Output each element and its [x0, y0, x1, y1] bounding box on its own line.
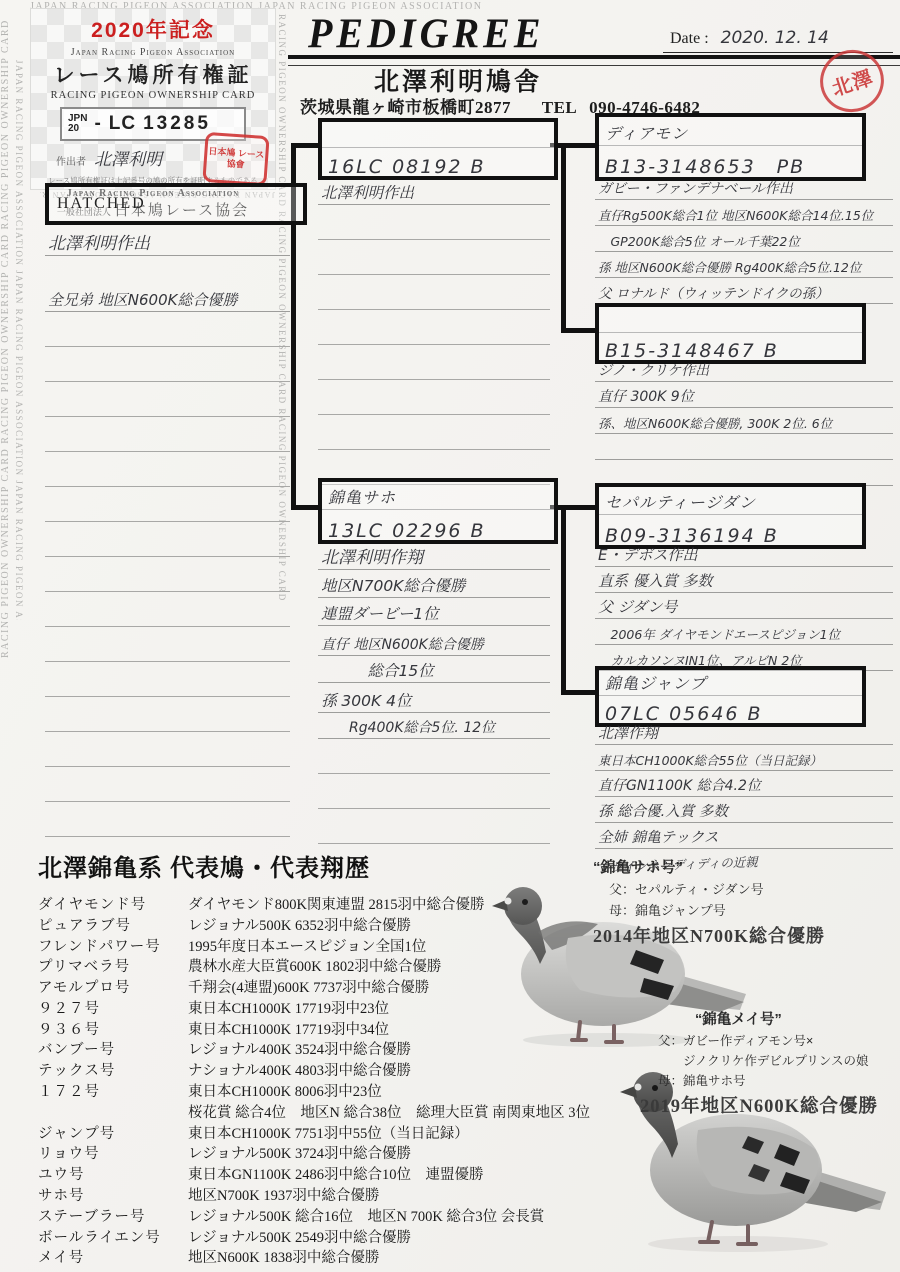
note-text: 2006年 ダイヤモンドエースピジョン1位: [598, 625, 840, 643]
pigeon-name: メイ号: [38, 1246, 188, 1267]
granddam-name-row: [599, 307, 862, 333]
pigeon-name: フレンドパワー号: [38, 935, 188, 956]
pigeon-result: 千翔会(4連盟)600K 7737羽中総合優勝: [188, 976, 429, 997]
note-line: 孫、地区N600K総合優勝, 300K 2位. 6位: [595, 408, 893, 434]
photo2-caption: “錦亀メイ号” 父：ガビー作ディアモン号× ジノクリケ作デビルプリンスの娘 母：…: [640, 1008, 898, 1118]
pedigree-connector: [561, 143, 566, 333]
pigeon-result: 地区N700K 1937羽中総合優勝: [188, 1184, 379, 1205]
note-line: 直仔GN1100K 総合4.2位: [595, 771, 893, 797]
note-text: 全姉 錦亀テックス: [598, 826, 718, 847]
breeder-label: 作出者: [56, 153, 86, 168]
note-text: 連盟ダービー1位: [321, 602, 439, 624]
note-text: 総合15位: [321, 659, 434, 681]
dam-name-row: 錦亀サホ: [322, 482, 554, 510]
note-line: 全兄弟 地区N600K総合優勝: [45, 256, 290, 312]
note-line: [595, 434, 893, 460]
pigeon-result: 東日本GN1100K 2486羽中総合10位 連盟優勝: [188, 1163, 484, 1184]
achievement-row: バンブー号レジョナル400K 3524羽中総合優勝: [38, 1039, 658, 1060]
pigeon-result: レジョナル500K 2549羽中総合優勝: [188, 1226, 411, 1247]
photo2-dam-line: 母：錦亀サホ号: [658, 1071, 898, 1089]
note-line: 東日本CH1000K総合55位（当日記録）: [595, 745, 893, 771]
note-text: 孫 地区N600K総合優勝 Rg400K総合5位.12位: [598, 258, 861, 276]
note-line: 北澤利明作翔: [318, 536, 550, 570]
mgs-name-row: セパルティージダン: [599, 487, 862, 515]
achievement-row: サホ号地区N700K 1937羽中総合優勝: [38, 1184, 658, 1205]
granddam-notes: ジノ・クリケ作出 直仔 300K 9位 孫、地区N600K総合優勝, 300K …: [595, 356, 893, 486]
note-line: 父 ロナルド（ウィッテンドイクの孫）: [595, 278, 893, 304]
ownership-card-title-jp: レース鳩所有権証: [30, 59, 276, 89]
subject-breeder-note: 北澤利明作出: [48, 229, 150, 254]
breeder-name-handwritten: 北澤利明: [94, 145, 162, 170]
subject-notes: 北澤利明作出 全兄弟 地区N600K総合優勝: [45, 218, 290, 839]
pigeon-name: ９２７号: [38, 997, 188, 1018]
loft-red-seal: 北澤: [812, 42, 892, 121]
association-red-seal: 日本鳩 レース 協會: [202, 132, 269, 186]
pedigree-document-page: JAPAN RACING PIGEON ASSOCIATION JAPAN RA…: [0, 0, 900, 1272]
mgs-name: セパルティージダン: [605, 490, 756, 513]
note-text: 直系 優入賞 多数: [598, 570, 713, 591]
note-line: ジノ・クリケ作出: [595, 356, 893, 382]
pigeon-result: ダイヤモンド800K関東連盟 2815羽中総合優勝: [188, 893, 485, 914]
pigeon-name: アモルプロ号: [38, 976, 188, 997]
achievement-row: ユウ号東日本GN1100K 2486羽中総合10位 連盟優勝: [38, 1163, 658, 1184]
ownership-card-title-en: RACING PIGEON OWNERSHIP CARD: [30, 90, 276, 101]
pigeon-name: サホ号: [38, 1184, 188, 1205]
pigeon-result: レジョナル500K 総合16位 地区N 700K 総合3位 会長賞: [188, 1205, 544, 1226]
mgd-name-row: 錦亀ジャンプ: [599, 670, 862, 696]
achievement-row: 桜花賞 総合4位 地区N 総合38位 総理大臣賞 南関東地区 3位: [38, 1101, 658, 1122]
dam-name: 錦亀サホ: [328, 485, 396, 508]
pigeon-name: ユウ号: [38, 1163, 188, 1184]
pigeon-name: ９３６号: [38, 1018, 188, 1039]
note-text: 父 ロナルド（ウィッテンドイクの孫）: [598, 282, 829, 302]
note-line: 北澤作翔: [595, 719, 893, 745]
ring-series: LC: [109, 113, 136, 135]
note-line: 直仔 300K 9位: [595, 382, 893, 408]
pigeon-result: 農林水産大臣賞600K 1802羽中総合優勝: [188, 955, 441, 976]
note-line: 直仔Rg500K総合1位 地区N600K総合14位.15位: [595, 200, 893, 226]
note-line: 全姉 錦亀テックス: [595, 823, 893, 849]
ownership-card: 2020年記念 Japan Racing Pigeon Association …: [30, 8, 276, 190]
note-line: 孫 300K 4位: [318, 683, 550, 713]
note-text: 直仔GN1100K 総合4.2位: [598, 775, 761, 795]
pigeon-result: レジョナル500K 3724羽中総合優勝: [188, 1142, 411, 1163]
ring-number: 13285: [143, 113, 211, 135]
achievement-row: ジャンプ号東日本CH1000K 7751羽中55位（当日記録）: [38, 1122, 658, 1143]
ring-year: 20: [68, 124, 87, 134]
ring-country-year: JPN 20: [68, 114, 87, 134]
dam-box: 錦亀サホ 13LC 02296 B: [318, 478, 558, 544]
date-row: Date : 2020. 12. 14: [670, 28, 829, 48]
achievements-section: 北澤錦亀系 代表鳩・代表翔歴 ダイヤモンド号ダイヤモンド800K関東連盟 281…: [38, 848, 658, 1267]
date-value-handwritten: 2020. 12. 14: [721, 28, 829, 48]
grandsire-notes: ガビー・ファンデナベール作出 直仔Rg500K総合1位 地区N600K総合14位…: [595, 173, 893, 304]
achievement-row: フレンドパワー号1995年度日本エースピジョン全国1位: [38, 935, 658, 956]
pigeon-name: リョウ号: [38, 1142, 188, 1163]
mgd-name: 錦亀ジャンプ: [605, 671, 707, 694]
note-text: ガビー・ファンデナベール作出: [598, 178, 793, 198]
grandsire-name: ディアモン: [605, 121, 688, 144]
granddam-box: B15-3148467 B: [595, 303, 866, 364]
grandsire-box: ディアモン B13-3148653 PB: [595, 113, 866, 181]
pigeon-result: 東日本CH1000K 17719羽中34位: [188, 1018, 389, 1039]
empty-ruled-lines: [45, 312, 290, 839]
empty-ruled-lines: [318, 739, 550, 847]
anniversary-label: 2020年記念: [30, 8, 276, 44]
note-text: 孫、地区N600K総合優勝, 300K 2位. 6位: [598, 414, 832, 432]
pedigree-connector: [566, 328, 595, 333]
subject-sibling-note: 全兄弟 地区N600K総合優勝: [48, 289, 237, 310]
note-line: 2006年 ダイヤモンドエースピジョン1位: [595, 619, 893, 645]
maternal-granddam-box: 錦亀ジャンプ 07LC 05646 B: [595, 666, 866, 727]
pedigree-connector: [291, 143, 318, 148]
achievement-row: ピュアラブ号レジョナル500K 6352羽中総合優勝: [38, 914, 658, 935]
note-line: 直仔 地区N600K総合優勝: [318, 626, 550, 656]
pigeon-result: 東日本CH1000K 7751羽中55位（当日記録）: [188, 1122, 469, 1143]
achievement-row: リョウ号レジョナル500K 3724羽中総合優勝: [38, 1143, 658, 1164]
pigeon-name: ピュアラブ号: [38, 914, 188, 935]
note-text: 直仔 300K 9位: [598, 386, 694, 406]
sire-box: 16LC 08192 B: [318, 118, 558, 180]
note-line: 父 ジダン号: [595, 593, 893, 619]
note-text: 地区N700K総合優勝: [321, 574, 465, 596]
pedigree-connector: [291, 505, 318, 510]
note-text: 直仔Rg500K総合1位 地区N600K総合14位.15位: [598, 206, 873, 224]
pigeon-result: レジョナル500K 6352羽中総合優勝: [188, 914, 411, 935]
note-text: Rg400K総合5位. 12位: [321, 717, 495, 737]
pigeon-result: 1995年度日本エースピジョン全国1位: [188, 935, 426, 956]
note-line: 地区N700K総合優勝: [318, 570, 550, 598]
achievement-row: メイ号地区N600K 1838羽中総合優勝: [38, 1247, 658, 1268]
maternal-grandsire-notes: E・デボス作出 直系 優入賞 多数 父 ジダン号 2006年 ダイヤモンドエース…: [595, 541, 893, 671]
photo2-achievement: 2019年地区N600K総合優勝: [640, 1092, 898, 1118]
note-text: E・デボス作出: [598, 544, 697, 565]
note-line: 孫 総合優.入賞 多数: [595, 797, 893, 823]
note-line: 北澤利明作出: [45, 218, 290, 256]
note-line: ガビー・ファンデナベール作出: [595, 173, 893, 200]
achievement-row: ダイヤモンド号ダイヤモンド800K関東連盟 2815羽中総合優勝: [38, 893, 658, 914]
pigeon-name: ジャンプ号: [38, 1122, 188, 1143]
note-line: E・デボス作出: [595, 541, 893, 567]
sire-name-row: [322, 122, 554, 148]
achievement-row: ９２７号東日本CH1000K 17719羽中23位: [38, 997, 658, 1018]
pigeon-name: ボールライエン号: [38, 1226, 188, 1247]
note-text: GP200K総合5位 オール千葉22位: [598, 232, 800, 250]
dam-notes: 北澤利明作翔 地区N700K総合優勝 連盟ダービー1位 直仔 地区N600K総合…: [318, 536, 550, 847]
note-text: 直仔 地区N600K総合優勝: [321, 634, 484, 654]
achievement-row: ９３６号東日本CH1000K 17719羽中34位: [38, 1018, 658, 1039]
empty-ruled-lines: [318, 205, 550, 485]
note-line: GP200K総合5位 オール千葉22位: [595, 226, 893, 252]
achievement-row: テックス号ナショナル400K 4803羽中総合優勝: [38, 1059, 658, 1080]
pigeon-result: 桜花賞 総合4位 地区N 総合38位 総理大臣賞 南関東地区 3位: [188, 1101, 590, 1122]
maternal-grandsire-box: セパルティージダン B09-3136194 B: [595, 483, 866, 549]
edge-text-left-outer: RACING PIGEON OWNERSHIP CARD RACING PIGE…: [0, 18, 11, 658]
grandsire-name-row: ディアモン: [599, 117, 862, 146]
note-text: 東日本CH1000K総合55位（当日記録）: [598, 751, 822, 769]
note-line: 総合15位: [318, 656, 550, 683]
pigeon-name: プリマベラ号: [38, 955, 188, 976]
photo2-title: “錦亀メイ号”: [695, 1008, 898, 1029]
note-line: 孫 地区N600K総合優勝 Rg400K総合5位.12位: [595, 252, 893, 278]
date-label: Date :: [670, 30, 709, 47]
sire-note: 北澤利明作出: [321, 181, 414, 203]
pedigree-connector: [566, 690, 595, 695]
achievement-row: ボールライエン号レジョナル500K 2549羽中総合優勝: [38, 1226, 658, 1247]
note-line: 直系 優入賞 多数: [595, 567, 893, 593]
hatched-label: HATCHED: [57, 195, 146, 213]
pigeon-result: レジョナル400K 3524羽中総合優勝: [188, 1038, 411, 1059]
note-text: 北澤作翔: [598, 722, 658, 743]
achievement-row: ステーブラー号レジョナル500K 総合16位 地区N 700K 総合3位 会長賞: [38, 1205, 658, 1226]
note-text: 孫 300K 4位: [321, 689, 411, 711]
association-name-en: Japan Racing Pigeon Association: [30, 47, 276, 58]
ring-separator: -: [94, 113, 101, 135]
note-line: 北澤利明作出: [318, 172, 550, 205]
achievement-row: １７２号東日本CH1000K 8006羽中23位: [38, 1080, 658, 1101]
edge-text-left-inner: JAPAN RACING PIGEON ASSOCIATION JAPAN RA…: [14, 60, 24, 620]
pigeon-name: ステーブラー号: [38, 1205, 188, 1226]
pigeon-name: ダイヤモンド号: [38, 893, 188, 914]
achievement-row: アモルプロ号千翔会(4連盟)600K 7737羽中総合優勝: [38, 976, 658, 997]
pigeon-result: 東日本CH1000K 17719羽中23位: [188, 997, 389, 1018]
photo2-sire-line2: ジノクリケ作デビルプリンスの娘: [658, 1051, 898, 1069]
tel-label: TEL: [542, 98, 577, 117]
pedigree-connector: [561, 505, 566, 695]
pigeon-result: 地区N600K 1838羽中総合優勝: [188, 1246, 379, 1267]
loft-address: 茨城県龍ヶ崎市板橋町2877: [300, 98, 511, 117]
achievement-row: プリマベラ号農林水産大臣賞600K 1802羽中総合優勝: [38, 955, 658, 976]
note-text: 北澤利明作翔: [321, 543, 423, 568]
note-text: 父 ジダン号: [598, 596, 677, 617]
achievements-heading: 北澤錦亀系 代表鳩・代表翔歴: [38, 848, 658, 883]
pigeon-name: １７２号: [38, 1080, 188, 1101]
note-line: 連盟ダービー1位: [318, 598, 550, 626]
note-text: ジノ・クリケ作出: [598, 360, 709, 380]
pigeon-result: 東日本CH1000K 8006羽中23位: [188, 1080, 382, 1101]
sire-notes: 北澤利明作出: [318, 172, 550, 485]
pigeon-result: ナショナル400K 4803羽中総合優勝: [188, 1059, 411, 1080]
note-line: Rg400K総合5位. 12位: [318, 713, 550, 739]
pigeon-name: テックス号: [38, 1059, 188, 1080]
note-text: 孫 総合優.入賞 多数: [598, 800, 728, 821]
photo2-sire-line1: 父：ガビー作ディアモン号×: [658, 1031, 898, 1049]
page-title: PEDIGREE: [308, 9, 545, 58]
pigeon-name: バンブー号: [38, 1038, 188, 1059]
